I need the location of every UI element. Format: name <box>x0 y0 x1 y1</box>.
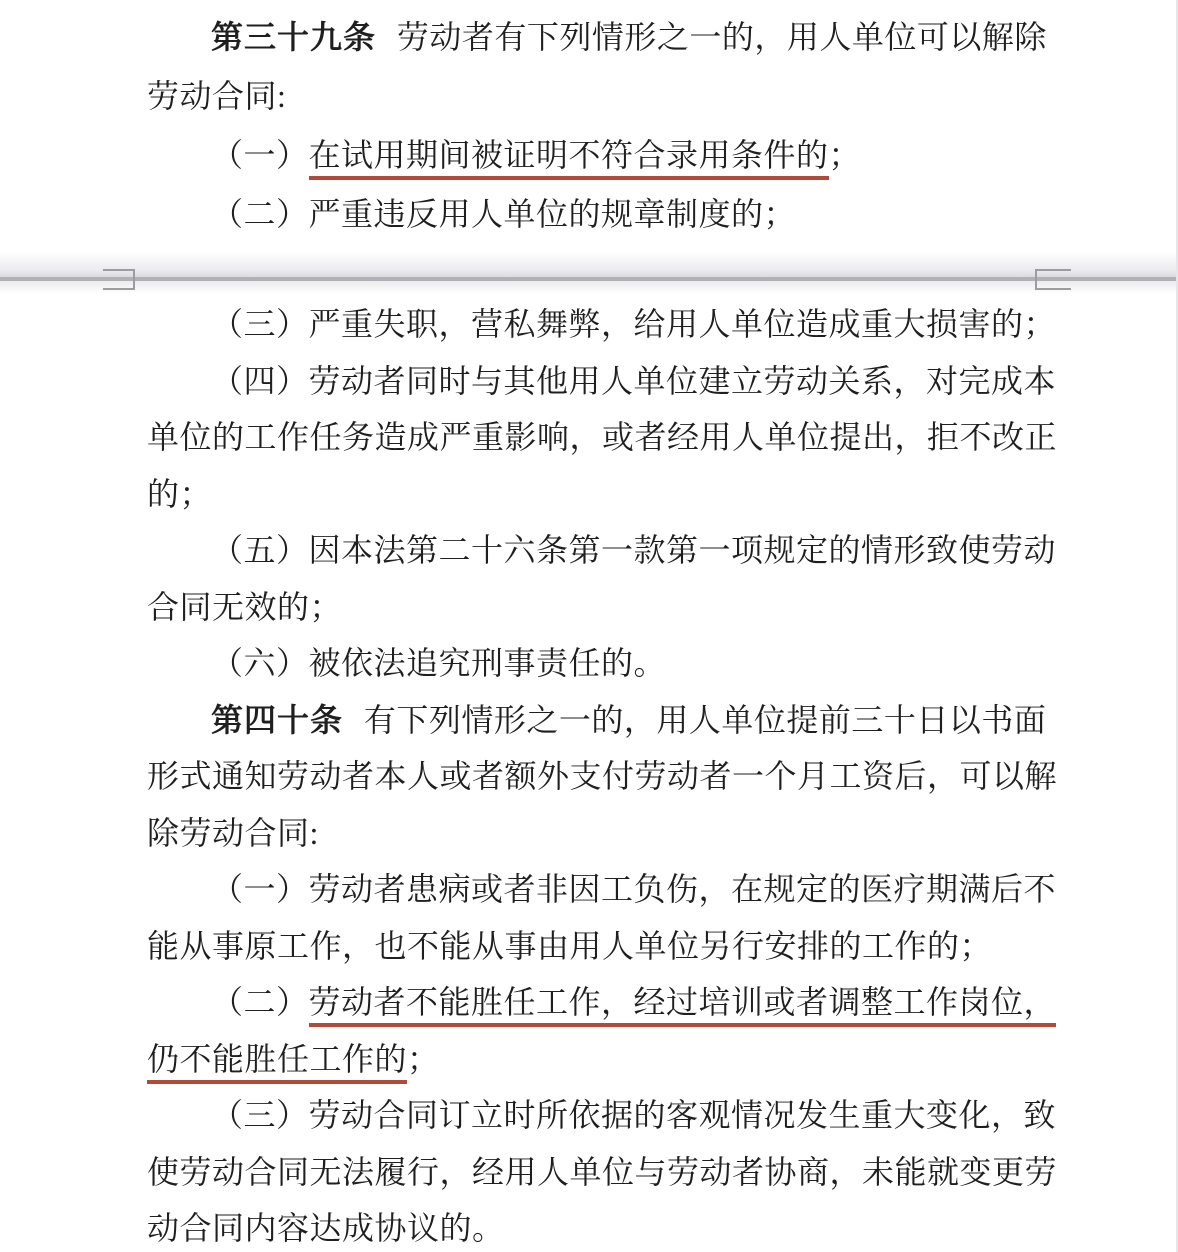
page-1-body[interactable]: 第三十九条劳动者有下列情形之一的，用人单位可以解除劳动合同:（一）在试用期间被证… <box>0 0 1178 244</box>
text-line[interactable]: （二）劳动者不能胜任工作，经过培训或者调整工作岗位， <box>147 974 1060 1031</box>
text-line[interactable]: 第三十九条劳动者有下列情形之一的，用人单位可以解除 <box>147 8 1060 67</box>
text-segment: （二） <box>211 984 309 1020</box>
crop-mark-left-icon <box>103 269 135 290</box>
page-2: （三）严重失职，营私舞弊，给用人单位造成重大损害的；（四）劳动者同时与其他用人单… <box>0 294 1178 1252</box>
text-segment: 单位的工作任务造成严重影响，或者经用人单位提出，拒不改正 <box>147 419 1057 455</box>
text-segment: ； <box>407 1041 440 1077</box>
text-segment: 的； <box>147 476 212 512</box>
article-heading: 第三十九条 <box>211 19 376 55</box>
text-line[interactable]: （五）因本法第二十六条第一款第一项规定的情形致使劳动 <box>147 522 1060 579</box>
text-line[interactable]: 能从事原工作，也不能从事由用人单位另行安排的工作的； <box>147 918 1060 975</box>
text-line[interactable]: 形式通知劳动者本人或者额外支付劳动者一个月工资后，可以解 <box>147 748 1060 805</box>
text-segment: 劳动者有下列情形之一的，用人单位可以解除 <box>397 19 1047 55</box>
text-segment: （三）劳动合同订立时所依据的客观情况发生重大变化，致 <box>211 1097 1056 1133</box>
document-viewport: 第三十九条劳动者有下列情形之一的，用人单位可以解除劳动合同:（一）在试用期间被证… <box>0 0 1178 1252</box>
text-line[interactable]: （六）被依法追究刑事责任的。 <box>147 635 1060 692</box>
text-segment: 形式通知劳动者本人或者额外支付劳动者一个月工资后，可以解 <box>147 758 1057 794</box>
text-segment: 除劳动合同: <box>147 815 319 851</box>
text-line[interactable]: （一）在试用期间被证明不符合录用条件的； <box>147 126 1060 185</box>
text-segment: （一） <box>211 137 309 173</box>
text-segment: （二）严重违反用人单位的规章制度的； <box>211 196 796 232</box>
text-segment: （五）因本法第二十六条第一款第一项规定的情形致使劳动 <box>211 532 1056 568</box>
text-line[interactable]: 除劳动合同: <box>147 805 1060 862</box>
red-underlined-text: 在试用期间被证明不符合录用条件的 <box>309 137 829 180</box>
text-line[interactable]: 第四十条有下列情形之一的，用人单位提前三十日以书面 <box>147 692 1060 749</box>
page-bottom-shadow <box>0 252 1178 277</box>
text-line[interactable]: （三）劳动合同订立时所依据的客观情况发生重大变化，致 <box>147 1087 1060 1144</box>
text-segment: 合同无效的； <box>147 589 342 625</box>
page-gap <box>0 252 1178 294</box>
text-segment: （四）劳动者同时与其他用人单位建立劳动关系，对完成本 <box>211 363 1056 399</box>
text-segment: （一）劳动者患病或者非因工负伤，在规定的医疗期满后不 <box>211 871 1056 907</box>
text-segment: （六）被依法追究刑事责任的。 <box>211 645 666 681</box>
red-underlined-text: 劳动者不能胜任工作，经过培训或者调整工作岗位， <box>309 984 1057 1027</box>
text-segment: 动合同内容达成协议的。 <box>147 1210 505 1246</box>
article-heading: 第四十条 <box>211 702 343 738</box>
page-2-body[interactable]: （三）严重失职，营私舞弊，给用人单位造成重大损害的；（四）劳动者同时与其他用人单… <box>0 294 1178 1252</box>
text-line[interactable]: （一）劳动者患病或者非因工负伤，在规定的医疗期满后不 <box>147 861 1060 918</box>
text-line[interactable]: （二）严重违反用人单位的规章制度的； <box>147 185 1060 244</box>
text-line[interactable]: （四）劳动者同时与其他用人单位建立劳动关系，对完成本 <box>147 353 1060 410</box>
text-line[interactable]: 劳动合同: <box>147 67 1060 126</box>
text-segment: ； <box>829 137 862 173</box>
page-1: 第三十九条劳动者有下列情形之一的，用人单位可以解除劳动合同:（一）在试用期间被证… <box>0 0 1178 252</box>
text-segment: 有下列情形之一的，用人单位提前三十日以书面 <box>364 702 1047 738</box>
text-line[interactable]: 使劳动合同无法履行，经用人单位与劳动者协商，未能就变更劳 <box>147 1144 1060 1201</box>
crop-mark-right-icon <box>1035 269 1071 290</box>
text-segment: 使劳动合同无法履行，经用人单位与劳动者协商，未能就变更劳 <box>147 1154 1057 1190</box>
text-segment: 劳动合同: <box>147 78 286 114</box>
text-segment: （三）严重失职，营私舞弊，给用人单位造成重大损害的； <box>211 306 1056 342</box>
text-line[interactable]: 单位的工作任务造成严重影响，或者经用人单位提出，拒不改正 <box>147 409 1060 466</box>
text-line[interactable]: 合同无效的； <box>147 579 1060 636</box>
red-underlined-text: 仍不能胜任工作的 <box>147 1041 407 1084</box>
page-top-shadow <box>0 281 1178 294</box>
text-line[interactable]: 的； <box>147 466 1060 523</box>
text-line[interactable]: 动合同内容达成协议的。 <box>147 1200 1060 1252</box>
text-segment: 能从事原工作，也不能从事由用人单位另行安排的工作的； <box>147 928 992 964</box>
text-line[interactable]: （三）严重失职，营私舞弊，给用人单位造成重大损害的； <box>147 296 1060 353</box>
text-line[interactable]: 仍不能胜任工作的； <box>147 1031 1060 1088</box>
